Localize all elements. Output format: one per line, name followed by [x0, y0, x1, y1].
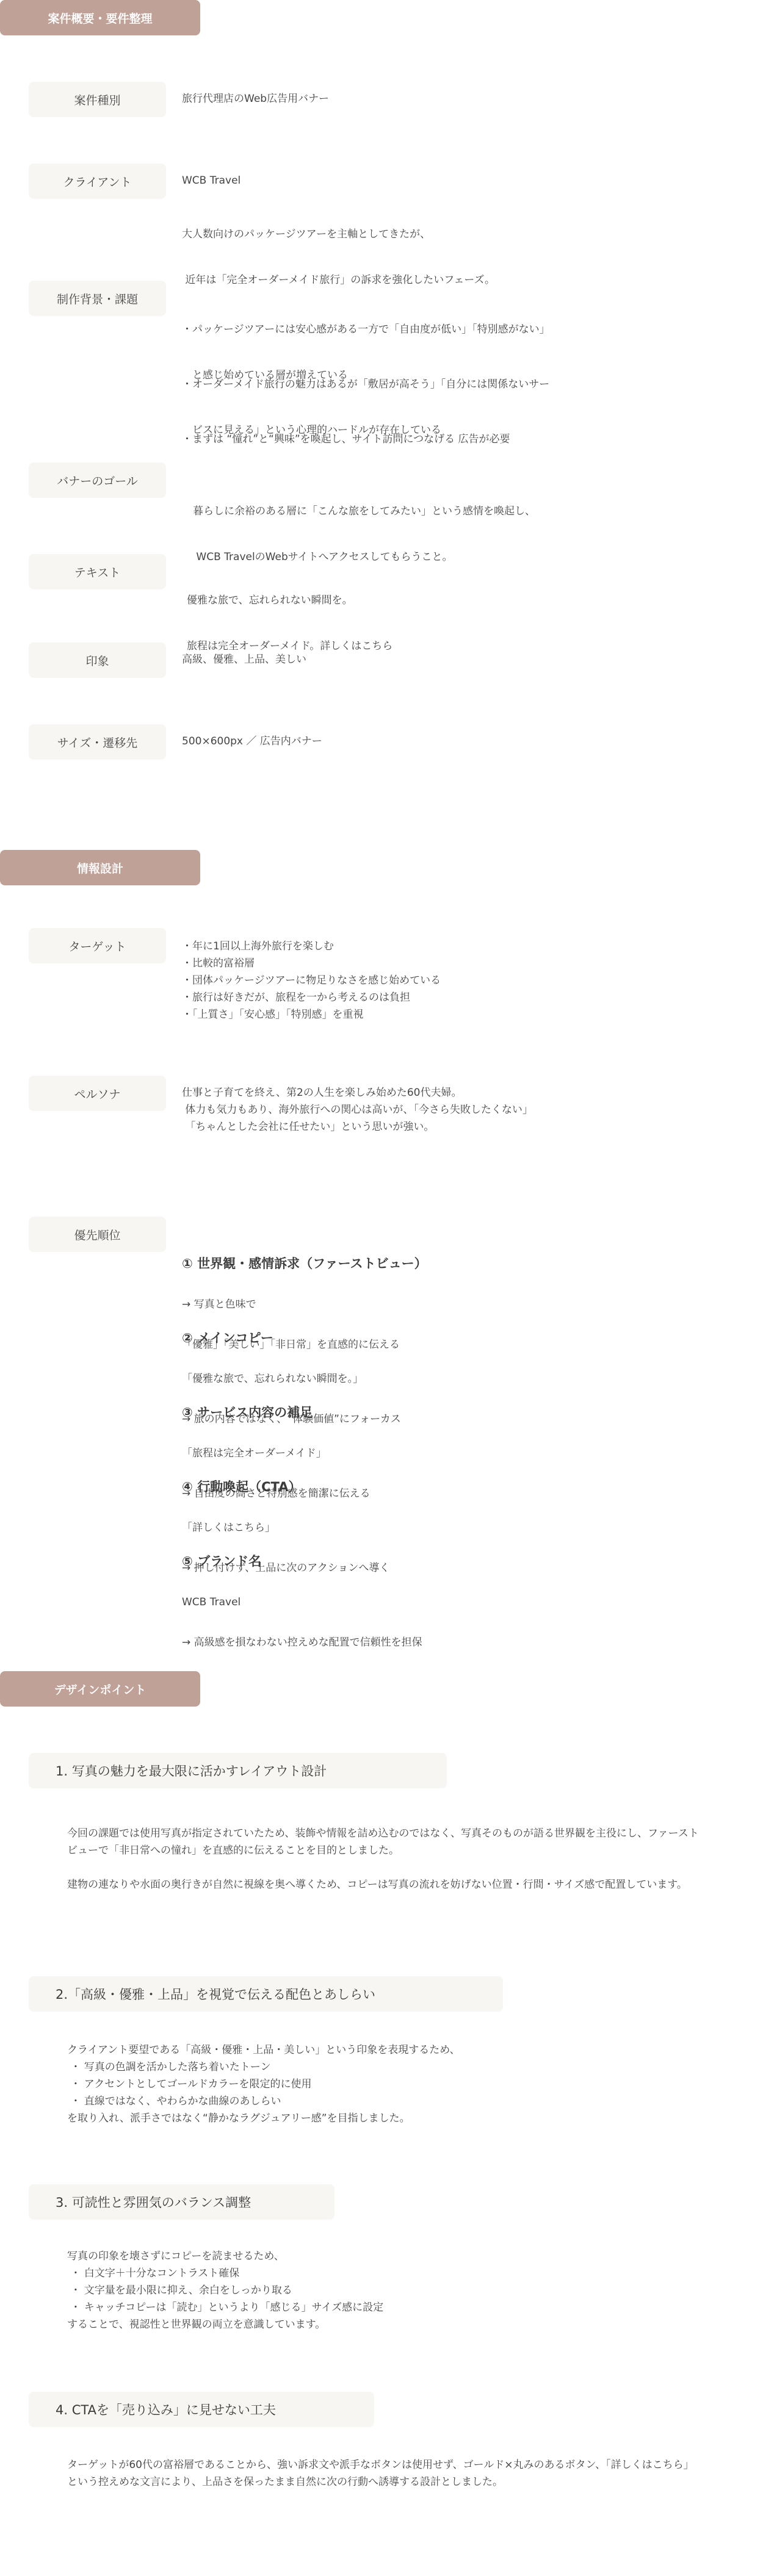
body-line: クライアント要望である「高級・優雅・上品・美しい」という印象を表現するため、 [67, 2042, 702, 2059]
label-text: テキスト [29, 554, 166, 589]
label-client: クライアント [29, 164, 166, 199]
value-size: 500×600px ／ 広告内バナー [182, 734, 322, 749]
priority-detail: → 高級感を損なわない控えめな配置で信頼性を担保 [182, 1634, 422, 1651]
body-line: ・ 写真の色調を活かした落ち着いたトーン [67, 2059, 702, 2076]
body-line: ・ 文字量を最小限に抑え、余白をしっかり取る [67, 2282, 702, 2299]
section-header-design-points: デザインポイント [0, 1671, 200, 1707]
persona-line: 「ちゃんとした会社に任せたい」という思いが強い。 [182, 1118, 533, 1135]
persona-line: 体力も気力もあり、海外旅行への関心は高いが、「今さら失敗したくない」 [182, 1101, 533, 1118]
target-item: ・「上質さ」「安心感」「特別感」を重視 [182, 1006, 441, 1023]
target-item: ・年に1回以上海外旅行を楽しむ [182, 938, 441, 955]
label-priority: 優先順位 [29, 1217, 166, 1252]
goal-line: 暮らしに余裕のある層に「こんな旅をしてみたい」という感情を喚起し、 [193, 504, 535, 519]
label-persona: ペルソナ [29, 1076, 166, 1111]
body-line: ・ アクセントとしてゴールドカラーを限定的に使用 [67, 2076, 702, 2093]
priority-title: ④ 行動喚起（CTA） [182, 1478, 389, 1496]
section-header-info-design: 情報設計 [0, 850, 200, 885]
body-line: を取り入れ、派手さではなく“静かなラグジュアリー感”を目指しました。 [67, 2110, 702, 2127]
bullet-line: ・まずは “憧れ”と“興味”を喚起し、サイト訪問につなげる 広告が必要 [182, 432, 510, 447]
label-size: サイズ・遷移先 [29, 724, 166, 760]
target-list: ・年に1回以上海外旅行を楽しむ ・比較的富裕層 ・団体パッケージツアーに物足りな… [182, 938, 441, 1023]
text-line: 優雅な旅で、忘れられない瞬間を。 [187, 593, 392, 608]
priority-detail: WCB Travel [182, 1594, 422, 1611]
priority-title: ② メインコピー [182, 1329, 401, 1347]
paragraph: ターゲットが60代の富裕層であることから、強い訴求文や派手なボタンは使用せず、ゴ… [67, 2456, 702, 2491]
design-point-1-body: 今回の課題では使用写真が指定されていたため、装飾や情報を詰め込むのではなく、写真… [67, 1825, 702, 1893]
bullet-line: ・パッケージツアーには安心感がある一方で「自由度が低い」「特別感がない」 [182, 322, 550, 337]
value-project-type: 旅行代理店のWeb広告用バナー [182, 92, 329, 107]
value-impression: 高級、優雅、上品、美しい [182, 652, 306, 667]
body-line: 写真の印象を壊さずにコピーを読ませるため、 [67, 2248, 702, 2265]
design-point-2-heading: 2.「高級・優雅・上品」を視覚で伝える配色とあしらい [29, 1976, 503, 2012]
design-point-4-body: ターゲットが60代の富裕層であることから、強い訴求文や派手なボタンは使用せず、ゴ… [67, 2456, 702, 2491]
label-impression: 印象 [29, 642, 166, 678]
body-line: することで、視認性と世界観の両立を意識しています。 [67, 2316, 702, 2333]
client-line: 大人数向けのパッケージツアーを主軸としてきたが、 [182, 227, 495, 242]
design-point-3-heading: 3. 可読性と雰囲気のバランス調整 [29, 2184, 334, 2220]
design-point-1-heading: 1. 写真の魅力を最大限に活かすレイアウト設計 [29, 1753, 447, 1788]
persona-line: 仕事と子育てを終え、第2の人生を楽しみ始めた60代夫婦。 [182, 1084, 533, 1101]
body-line: ・ 直線ではなく、やわらかな曲線のあしらい [67, 2093, 702, 2110]
label-banner-goal: バナーのゴール [29, 462, 166, 498]
design-point-2-body: クライアント要望である「高級・優雅・上品・美しい」という印象を表現するため、 ・… [67, 2042, 702, 2127]
target-item: ・旅行は好きだが、旅程を一から考えるのは負担 [182, 989, 441, 1006]
value-client-description: 大人数向けのパッケージツアーを主軸としてきたが、 近年は「完全オーダーメイド旅行… [182, 196, 495, 303]
background-bullet-3: ・まずは “憧れ”と“興味”を喚起し、サイト訪問につなげる 広告が必要 [182, 401, 510, 462]
design-point-3-body: 写真の印象を壊さずにコピーを読ませるため、 ・ 白文字＋十分なコントラスト確保 … [67, 2248, 702, 2333]
priority-item-5: ⑤ ブランド名 WCB Travel → 高級感を損なわない控えめな配置で信頼性… [182, 1529, 422, 1663]
bullet-line: ・オーダーメイド旅行の魅力はあるが「敷居が高そう」「自分には関係ないサー [182, 377, 549, 392]
section-header-overview: 案件概要・要件整理 [0, 0, 200, 35]
label-target: ターゲット [29, 928, 166, 963]
priority-title: ① 世界観・感情訴求（ファーストビュー） [182, 1254, 427, 1273]
body-line: ・ キャッチコピーは「読む」というより「感じる」サイズ感に設定 [67, 2299, 702, 2316]
priority-title: ③ サービス内容の補足 [182, 1403, 371, 1422]
label-background: 制作背景・課題 [29, 281, 166, 316]
priority-title: ⑤ ブランド名 [182, 1552, 422, 1570]
value-client-name: WCB Travel [182, 173, 240, 189]
label-project-type: 案件種別 [29, 82, 166, 117]
paragraph: 今回の課題では使用写真が指定されていたため、装飾や情報を詰め込むのではなく、写真… [67, 1825, 702, 1859]
design-point-4-heading: 4. CTAを「売り込み」に見せない工夫 [29, 2392, 374, 2427]
paragraph: 建物の連なりや水面の奥行きが自然に視線を奥へ導くため、コピーは写真の流れを妨げな… [67, 1876, 702, 1893]
persona-text: 仕事と子育てを終え、第2の人生を楽しみ始めた60代夫婦。 体力も気力もあり、海外… [182, 1084, 533, 1135]
body-line: ・ 白文字＋十分なコントラスト確保 [67, 2265, 702, 2282]
target-item: ・比較的富裕層 [182, 955, 441, 972]
target-item: ・団体パッケージツアーに物足りなさを感じ始めている [182, 972, 441, 989]
client-line: 近年は「完全オーダーメイド旅行」の訴求を強化したいフェーズ。 [182, 273, 495, 288]
